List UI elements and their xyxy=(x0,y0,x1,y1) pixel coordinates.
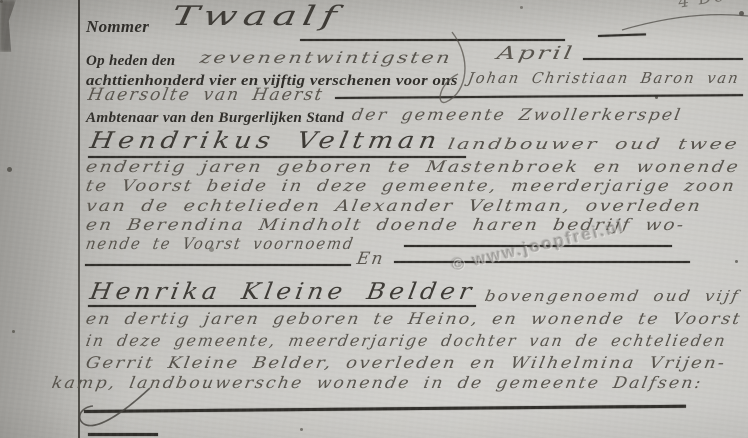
fill-rule xyxy=(85,264,351,266)
groom-line-2: endertig jaren geboren te Mastenbroek en… xyxy=(84,158,741,176)
document-scan: NommerTwaalfOp heden denzevenentwintigst… xyxy=(0,0,748,438)
groom-name: Hendrikus Veltman xyxy=(88,129,443,154)
entry-official-name-2: Haersolte van Haerst xyxy=(86,86,325,105)
bride-line-5: kamp, landbouwersche wonende in de gemee… xyxy=(50,374,704,392)
form-text-op-heden-den: Op heden den xyxy=(86,53,175,70)
groom-line-6: nende te Voorst voornoemd xyxy=(84,235,356,253)
separator-en: En xyxy=(355,250,386,269)
bride-line-4: Gerrit Kleine Belder, overleden en Wilhe… xyxy=(84,354,727,372)
entry-official-name: Johan Christiaan Baron van xyxy=(467,70,742,87)
entry-municipality: der gemeente Zwollerkerspel xyxy=(350,106,683,124)
content-layer: NommerTwaalfOp heden denzevenentwintigst… xyxy=(0,0,748,438)
entry-day: zevenentwintigsten xyxy=(198,49,453,67)
groom-line-4: van de echtelieden Alexander Veltman, ov… xyxy=(84,197,703,215)
bride-line-3: in deze gemeente, meerderjarige dochter … xyxy=(84,332,728,350)
closing-rule xyxy=(84,405,686,413)
form-label-nommer: Nommer xyxy=(86,18,149,37)
bride-name: Henrika Kleine Belder xyxy=(88,280,478,305)
bride-desc: bovengenoemd oud vijf xyxy=(484,288,742,305)
form-text-ambtenaar: Ambtenaar van den Burgerlijken Stand xyxy=(86,110,344,127)
groom-line-3: te Voorst beide in deze gemeente, meerde… xyxy=(84,177,737,195)
underline xyxy=(88,305,476,307)
fill-rule xyxy=(394,261,690,263)
bride-line-2: en dertig jaren geboren te Heino, en won… xyxy=(84,310,743,328)
fill-rule xyxy=(335,94,743,99)
entry-number: Twaalf xyxy=(169,2,344,32)
entry-month: April xyxy=(495,44,576,64)
fill-rule xyxy=(300,39,565,41)
bottom-edge-mark xyxy=(88,433,158,436)
fill-rule-dash xyxy=(598,33,646,37)
groom-occupation-age: landbouwer oud twee xyxy=(447,136,741,153)
fill-rule xyxy=(583,58,743,60)
